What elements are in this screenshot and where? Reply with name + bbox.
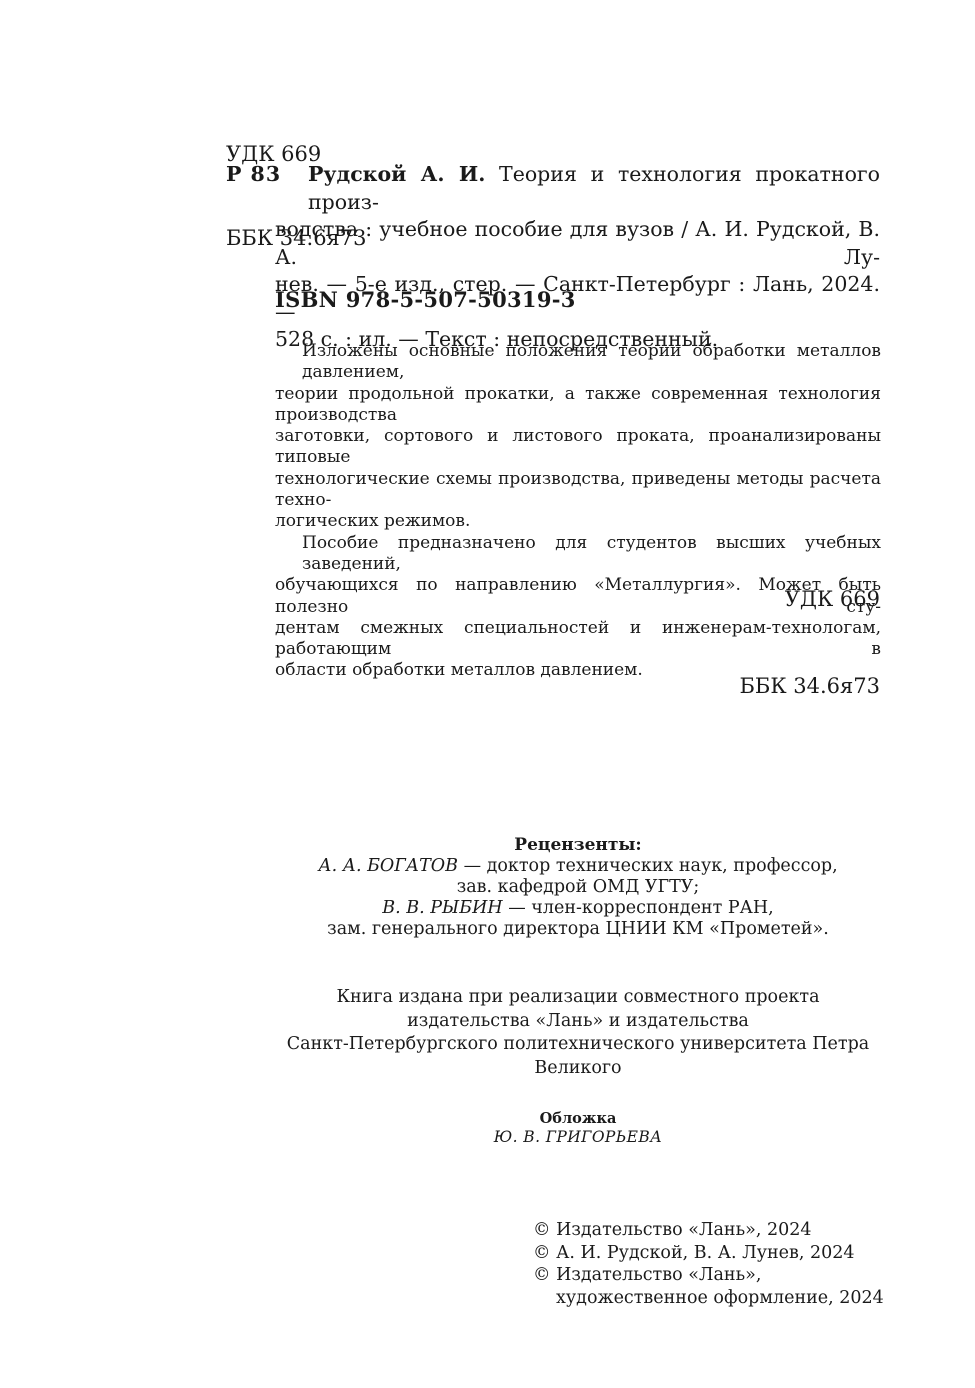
reviewer-name: В. В. РЫБИН — [382, 898, 502, 918]
book-author: Рудской А. И. — [308, 162, 485, 186]
reviewers-section: Рецензенты: А. А. БОГАТОВ — доктор техни… — [275, 835, 881, 940]
classification-codes-bottom: УДК 669 ББК 34.6я73 — [739, 527, 880, 759]
joint-project-line: Книга издана при реализации совместного … — [275, 986, 881, 1010]
reviewers-heading: Рецензенты: — [275, 835, 881, 856]
joint-project-line: Санкт-Петербургского политехнического ун… — [275, 1033, 881, 1080]
annotation-line: технологические схемы производства, прив… — [275, 469, 881, 512]
copyright-line: © А. И. Рудской, В. А. Лунев, 2024 — [533, 1242, 884, 1265]
cover-label: Обложка — [275, 1110, 881, 1128]
bibliographic-entry: Рудской А. И. Теория и технология прокат… — [275, 161, 880, 354]
reviewer-title: — доктор технических наук, профессор, — [458, 856, 838, 876]
copyright-line: © Издательство «Лань», 2024 — [533, 1219, 884, 1242]
bbk-code-bottom: ББК 34.6я73 — [739, 672, 880, 701]
bibliographic-line: Рудской А. И. Теория и технология прокат… — [275, 161, 880, 216]
annotation-line: Изложены основные положения теории обраб… — [275, 341, 881, 384]
reviewer-line: зам. генерального директора ЦНИИ КМ «Про… — [275, 919, 881, 940]
reviewer-line: В. В. РЫБИН — член-корреспондент РАН, — [275, 898, 881, 919]
imprint-page: УДК 669 ББК 34.6я73 Р 83 Рудской А. И. Т… — [0, 0, 975, 1388]
reviewer-title: — член-корреспондент РАН, — [503, 898, 774, 918]
bibliographic-line: водства : учебное пособие для вузов / А.… — [275, 216, 880, 271]
isbn: ISBN 978-5-507-50319-3 — [275, 287, 576, 312]
copyright-line: © Издательство «Лань», — [533, 1264, 884, 1287]
copyright-block: © Издательство «Лань», 2024 © А. И. Рудс… — [533, 1219, 884, 1309]
joint-project-note: Книга издана при реализации совместного … — [275, 986, 881, 1080]
annotation-line: теории продольной прокатки, а также совр… — [275, 384, 881, 427]
catalog-card-code: Р 83 — [226, 161, 281, 188]
cover-designer-section: Обложка Ю. В. ГРИГОРЬЕВА — [275, 1110, 881, 1147]
reviewer-line: А. А. БОГАТОВ — доктор технических наук,… — [275, 856, 881, 877]
reviewer-name: А. А. БОГАТОВ — [318, 856, 458, 876]
udc-code-bottom: УДК 669 — [739, 585, 880, 614]
annotation-line: заготовки, сортового и листового проката… — [275, 426, 881, 469]
cover-designer-name: Ю. В. ГРИГОРЬЕВА — [275, 1128, 881, 1147]
joint-project-line: издательства «Лань» и издательства — [275, 1010, 881, 1034]
copyright-line: художественное оформление, 2024 — [533, 1287, 884, 1310]
reviewer-line: зав. кафедрой ОМД УГТУ; — [275, 877, 881, 898]
